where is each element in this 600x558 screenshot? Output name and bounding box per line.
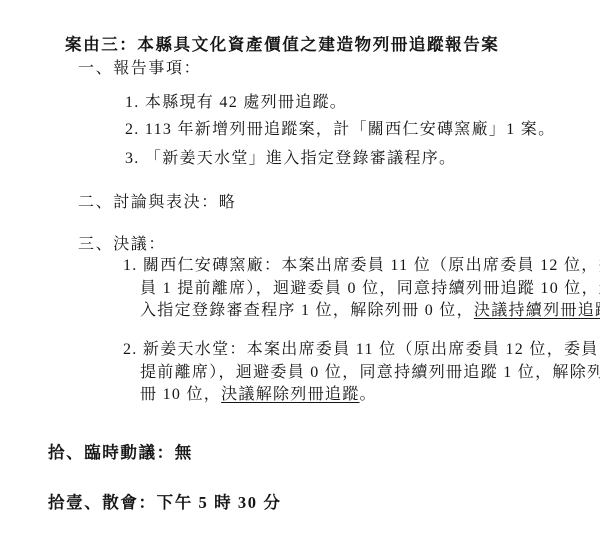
- extempore-motions-heading: 拾、臨時動議：無: [48, 444, 193, 462]
- resolution-item-1-line-1: 1. 關西仁安磚窯廠：本案出席委員 11 位（原出席委員 12 位，委: [123, 257, 600, 275]
- adjournment-heading: 拾壹、散會：下午 5 時 30 分: [48, 494, 281, 512]
- resolution-section-heading: 三、決議：: [78, 236, 166, 254]
- resolution-item-1-underlined-decision: 決議持續列冊追蹤: [474, 302, 600, 319]
- resolution-item-2-underlined-decision: 決議解除列冊追蹤: [221, 386, 359, 403]
- resolution-item-2-line-3-period: 。: [360, 386, 377, 403]
- resolution-item-1-line-3-text: 入指定登錄審查程序 1 位，解除列冊 0 位，: [140, 302, 474, 319]
- resolution-item-2-line-2: 提前離席），迴避委員 0 位，同意持續列冊追蹤 1 位，解除列: [140, 364, 600, 382]
- case-title: 案由三：本縣具文化資產價值之建造物列冊追蹤報告案: [65, 36, 499, 54]
- report-item-3: 3. 「新姜天水堂」進入指定登錄審議程序。: [125, 150, 456, 168]
- resolution-item-1-line-3: 入指定登錄審查程序 1 位，解除列冊 0 位，決議持續列冊追蹤。: [140, 302, 600, 320]
- report-item-2: 2. 113 年新增列冊追蹤案，計「關西仁安磚窯廠」1 案。: [125, 121, 555, 139]
- resolution-item-2-line-1: 2. 新姜天水堂：本案出席委員 11 位（原出席委員 12 位，委員 1: [123, 341, 600, 359]
- resolution-item-2-line-3-text: 冊 10 位，: [140, 386, 221, 403]
- resolution-item-2-line-3: 冊 10 位，決議解除列冊追蹤。: [140, 386, 377, 404]
- meeting-minutes-page: 案由三：本縣具文化資產價值之建造物列冊追蹤報告案 一、報告事項： 1. 本縣現有…: [0, 0, 600, 558]
- report-section-heading: 一、報告事項：: [78, 60, 201, 78]
- discussion-section-heading: 二、討論與表決：略: [78, 194, 236, 212]
- report-item-1: 1. 本縣現有 42 處列冊追蹤。: [125, 94, 347, 112]
- resolution-item-1-line-2: 員 1 提前離席），迴避委員 0 位，同意持續列冊追蹤 10 位，進: [140, 280, 600, 298]
